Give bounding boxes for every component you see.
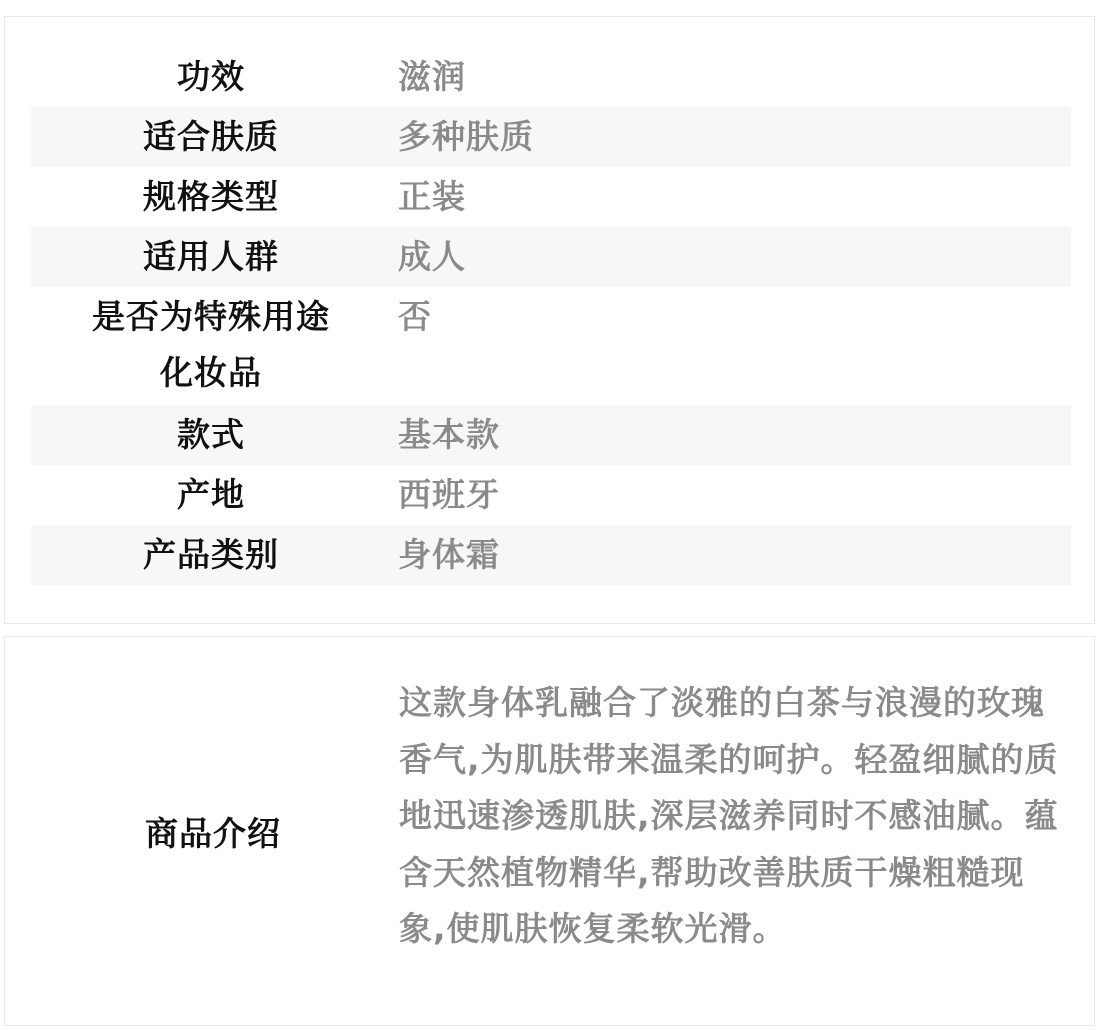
- spec-value: 否: [391, 287, 432, 347]
- specs-table: 功效 滋润 适合肤质 多种肤质 规格类型 正装 适用人群 成人 是否为特殊用途 …: [31, 47, 1071, 585]
- spec-row-origin: 产地 西班牙: [31, 465, 1071, 525]
- spec-row-style: 款式 基本款: [31, 405, 1071, 465]
- spec-label-line2: 化妆品: [31, 345, 391, 401]
- spec-label: 款式: [31, 405, 391, 465]
- spec-label: 功效: [31, 47, 391, 107]
- product-intro-card: 商品介绍 这款身体乳融合了淡雅的白茶与浪漫的玫瑰香气,为肌肤带来温柔的呵护。轻盈…: [4, 636, 1095, 1026]
- spec-row-special-use: 是否为特殊用途 化妆品 否: [31, 287, 1071, 405]
- spec-value: 西班牙: [391, 465, 500, 525]
- spec-row-size-type: 规格类型 正装: [31, 167, 1071, 227]
- spec-label: 产地: [31, 465, 391, 525]
- spec-value: 正装: [391, 167, 466, 227]
- spec-row-skin-type: 适合肤质 多种肤质: [31, 107, 1071, 167]
- spec-label: 规格类型: [31, 167, 391, 227]
- intro-label: 商品介绍: [5, 637, 421, 1025]
- spec-value: 多种肤质: [391, 107, 534, 167]
- spec-label: 产品类别: [31, 525, 391, 585]
- spec-value: 身体霜: [391, 525, 500, 585]
- product-specs-card: 功效 滋润 适合肤质 多种肤质 规格类型 正装 适用人群 成人 是否为特殊用途 …: [4, 16, 1095, 624]
- spec-label: 是否为特殊用途 化妆品: [31, 287, 391, 401]
- spec-value: 成人: [391, 227, 466, 287]
- spec-row-audience: 适用人群 成人: [31, 227, 1071, 287]
- spec-row-efficacy: 功效 滋润: [31, 47, 1071, 107]
- intro-row: 商品介绍 这款身体乳融合了淡雅的白茶与浪漫的玫瑰香气,为肌肤带来温柔的呵护。轻盈…: [5, 637, 1094, 1025]
- spec-label: 适合肤质: [31, 107, 391, 167]
- spec-value: 基本款: [391, 405, 500, 465]
- spec-label-line1: 是否为特殊用途: [31, 289, 391, 345]
- spec-value: 滋润: [391, 47, 466, 107]
- spec-row-category: 产品类别 身体霜: [31, 525, 1071, 585]
- spec-label: 适用人群: [31, 227, 391, 287]
- intro-text: 这款身体乳融合了淡雅的白茶与浪漫的玫瑰香气,为肌肤带来温柔的呵护。轻盈细腻的质地…: [399, 637, 1059, 1025]
